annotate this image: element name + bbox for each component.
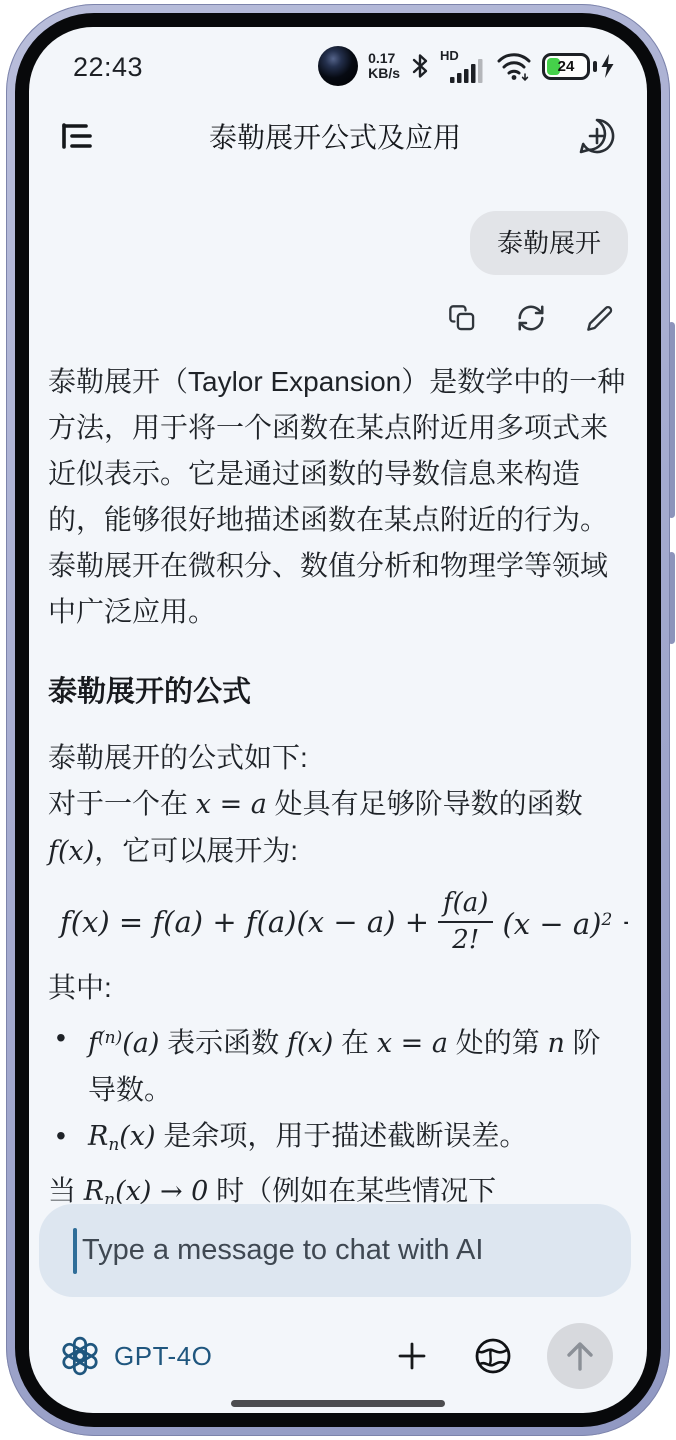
lightning-icon [600, 53, 615, 79]
app-bar: 泰勒展开公式及应用 [29, 105, 647, 167]
assistant-message: 泰勒展开（Taylor Expansion）是数学中的一种方法，用于将一个函数在… [48, 359, 628, 1208]
section-heading-formula: 泰勒展开的公式 [48, 669, 628, 715]
fraction-denominator: 2! [452, 923, 479, 955]
attach-button[interactable] [395, 1339, 429, 1373]
input-placeholder: Type a message to chat with AI [82, 1234, 483, 1267]
math-token: x = a [377, 1028, 448, 1059]
math-token: f(x) [287, 1028, 333, 1059]
new-chat-button[interactable] [571, 110, 623, 162]
copy-icon [448, 304, 476, 332]
phone-bezel: 22:43 0.17 KB/s HD [15, 13, 661, 1427]
screen: 22:43 0.17 KB/s HD [29, 27, 647, 1413]
page-title: 泰勒展开公式及应用 [99, 116, 571, 156]
edit-button[interactable] [586, 304, 614, 332]
user-message-bubble[interactable]: 泰勒展开 [470, 211, 628, 275]
composer-toolbar: GPT-4O [59, 1323, 613, 1389]
fraction-1: f(a) 2! [438, 889, 493, 955]
network-speed: 0.17 KB/s [368, 51, 400, 81]
user-message-row: 泰勒展开 [48, 211, 628, 275]
clock: 22:43 [73, 52, 143, 83]
copy-button[interactable] [448, 304, 476, 332]
fraction-numerator: f(a) [438, 889, 493, 923]
wifi-icon [496, 50, 532, 82]
battery-percent: 24 [545, 56, 587, 77]
phone-frame: 22:43 0.17 KB/s HD [6, 4, 670, 1436]
arrow-up-icon [561, 1337, 599, 1375]
network-speed-unit: KB/s [368, 66, 400, 81]
formula-lead: 泰勒展开的公式如下: 对于一个在 x = a 处具有足够阶导数的函数 f(x)，… [48, 735, 628, 875]
camera-punch-hole [318, 46, 358, 86]
send-button[interactable] [547, 1323, 613, 1389]
formula-block: f(x) = f(a) + f(a)(x − a) + f(a) 2! (x −… [48, 889, 628, 955]
pencil-icon [586, 304, 614, 332]
formula-mid: (x − a)2 [502, 897, 612, 947]
list-item: f(n)(a) 表示函数 f(x) 在 x = a 处的第 n 阶导数。 [48, 1015, 628, 1113]
battery-icon: 24 [542, 53, 590, 80]
model-selector[interactable]: GPT-4O [59, 1335, 212, 1377]
formula-plus: + [621, 899, 628, 945]
web-search-button[interactable] [473, 1336, 513, 1376]
chat-plus-icon [575, 114, 619, 158]
battery-nub [593, 61, 597, 72]
list-item: Rn(x) 是余项，用于描述截断误差。 [48, 1113, 628, 1168]
signal-bars-icon: HD [440, 48, 486, 84]
list-panel-icon [57, 119, 95, 153]
math-token: Rn(x) → 0 [84, 1176, 209, 1207]
network-speed-value: 0.17 [368, 51, 400, 66]
cellular-bars [450, 59, 486, 83]
math-token: n [548, 1028, 565, 1059]
text-cursor [73, 1228, 77, 1274]
where-label: 其中: [48, 965, 628, 1011]
sidebar-toggle-button[interactable] [53, 115, 99, 157]
definition-list: f(n)(a) 表示函数 f(x) 在 x = a 处的第 n 阶导数。 Rn(… [48, 1015, 628, 1168]
home-indicator[interactable] [231, 1400, 445, 1407]
model-name: GPT-4O [114, 1341, 212, 1372]
math-token: f(n)(a) [88, 1028, 159, 1059]
battery-indicator: 24 [542, 53, 615, 80]
chat-scroll-area[interactable]: 泰勒展开 [29, 173, 647, 1208]
intro-paragraph: 泰勒展开（Taylor Expansion）是数学中的一种方法，用于将一个函数在… [48, 359, 628, 635]
plus-icon [395, 1339, 429, 1373]
openai-logo-icon [59, 1335, 101, 1377]
page-background: 22:43 0.17 KB/s HD [0, 0, 676, 1440]
math-token: Rn(x) [88, 1121, 156, 1152]
message-input[interactable]: Type a message to chat with AI [39, 1204, 631, 1297]
status-bar: 22:43 0.17 KB/s HD [29, 43, 647, 89]
message-actions [48, 303, 628, 333]
bluetooth-icon [410, 52, 430, 80]
refresh-icon [516, 303, 546, 333]
math-token: f(x) [48, 836, 94, 867]
math-token: x = a [196, 789, 267, 820]
regenerate-button[interactable] [516, 303, 546, 333]
outro-paragraph: 当 Rn(x) → 0 时（例如在某些情况下 n → ∞），泰勒展开可以无限逼近… [48, 1168, 628, 1208]
globe-icon [473, 1336, 513, 1376]
formula-head: f(x) = f(a) + f(a)(x − a) + [60, 899, 429, 945]
status-icons: 0.17 KB/s HD [368, 48, 615, 84]
